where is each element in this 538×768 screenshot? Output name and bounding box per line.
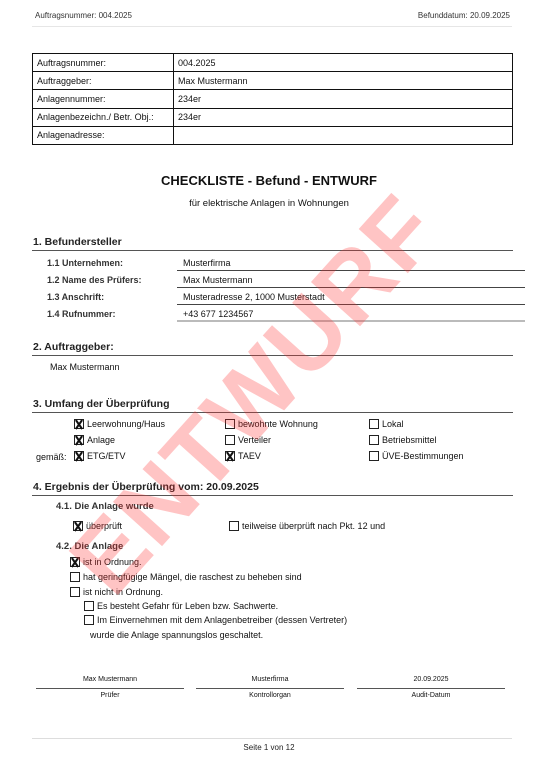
signature-role: Prüfer [36, 692, 184, 699]
footer-divider [32, 738, 512, 739]
info-value [174, 126, 513, 144]
checkbox-empty-icon[interactable] [70, 572, 80, 582]
checkbox-checked-icon[interactable] [74, 419, 84, 429]
checkbox-label: ist nicht in Ordnung. [83, 587, 163, 597]
signature-line [357, 688, 505, 689]
checkbox-empty-icon[interactable] [229, 521, 239, 531]
signature-role: Kontrollorgan [196, 692, 344, 699]
field-label: 1.4 Rufnummer: [47, 309, 116, 319]
signature-name: Musterfirma [196, 676, 344, 687]
checkbox-label: Betriebsmittel [382, 435, 437, 445]
page-number: Seite 1 von 12 [0, 743, 538, 752]
checkbox-nicht-in-ordnung[interactable]: ist nicht in Ordnung. [70, 587, 163, 597]
section-heading-umfang: 3. Umfang der Überprüfung [32, 398, 513, 413]
checkbox-label: Verteiler [238, 435, 271, 445]
signature-name: 20.09.2025 [357, 676, 505, 687]
signature-audit-datum: 20.09.2025 Audit-Datum [357, 676, 505, 699]
field-row: 1.2 Name des Prüfers: Max Mustermann [47, 273, 525, 290]
header-order-number: Auftragsnummer: 004.2025 [35, 11, 132, 20]
info-label: Anlagenadresse: [33, 126, 174, 144]
checkbox-empty-icon[interactable] [369, 419, 379, 429]
signature-pruefer: Max Mustermann Prüfer [36, 676, 184, 699]
field-value: +43 677 1234567 [177, 307, 525, 322]
checkbox-label: hat geringfügige Mängel, die raschest zu… [83, 572, 302, 582]
document-page: Auftragsnummer: 004.2025 Befunddatum: 20… [0, 0, 538, 768]
field-value: Musteradresse 2, 1000 Musterstadt [177, 290, 525, 305]
checkbox-in-ordnung[interactable]: ist in Ordnung. [70, 557, 142, 567]
field-label: 1.3 Anschrift: [47, 292, 104, 302]
gemaess-label: gemäß: [36, 452, 67, 462]
info-value: Max Mustermann [174, 72, 513, 90]
field-row: 1.1 Unternehmen: Musterfirma [47, 256, 525, 273]
subsection-heading-anlage-wurde: 4.1. Die Anlage wurde [56, 501, 154, 512]
table-row: Anlagenadresse: [33, 126, 513, 144]
checkbox-label: Im Einvernehmen mit dem Anlagenbetreiber… [97, 615, 347, 625]
subsection-heading-die-anlage: 4.2. Die Anlage [56, 541, 123, 552]
checkbox-geringfuegige-maengel[interactable]: hat geringfügige Mängel, die raschest zu… [70, 572, 302, 582]
table-row: Auftraggeber: Max Mustermann [33, 72, 513, 90]
einvernehmen-continuation: wurde die Anlage spannungslos geschaltet… [90, 630, 263, 640]
checkbox-empty-icon[interactable] [369, 451, 379, 461]
checkbox-checked-icon[interactable] [225, 451, 235, 461]
section-heading-auftraggeber: 2. Auftraggeber: [32, 341, 513, 356]
field-label: 1.2 Name des Prüfers: [47, 275, 142, 285]
checkbox-empty-icon[interactable] [225, 435, 235, 445]
table-row: Anlagennummer: 234er [33, 90, 513, 108]
checkbox-label: Es besteht Gefahr für Leben bzw. Sachwer… [97, 601, 278, 611]
field-label: 1.1 Unternehmen: [47, 258, 123, 268]
table-row: Anlagenbezeichn./ Betr. Obj.: 234er [33, 108, 513, 126]
checkbox-empty-icon[interactable] [84, 615, 94, 625]
checkbox-teilweise[interactable]: teilweise überprüft nach Pkt. 12 und [229, 521, 385, 531]
info-value: 234er [174, 90, 513, 108]
checkbox-einvernehmen[interactable]: Im Einvernehmen mit dem Anlagenbetreiber… [84, 615, 347, 625]
checkbox-ueberprueft[interactable]: überprüft [73, 521, 122, 531]
document-title: CHECKLISTE - Befund - ENTWURF [0, 173, 538, 188]
field-value: Musterfirma [177, 256, 525, 271]
checkbox-label: TAEV [238, 451, 261, 461]
checkbox-bewohnte-wohnung[interactable]: bewohnte Wohnung [225, 419, 318, 429]
info-table: Auftragsnummer: 004.2025 Auftraggeber: M… [32, 53, 513, 145]
checkbox-lokal[interactable]: Lokal [369, 419, 404, 429]
section-heading-befundersteller: 1. Befundersteller [32, 236, 513, 251]
header-divider [32, 26, 512, 27]
info-label: Anlagenbezeichn./ Betr. Obj.: [33, 108, 174, 126]
checkbox-empty-icon[interactable] [369, 435, 379, 445]
checkbox-taev[interactable]: TAEV [225, 451, 261, 461]
checkbox-label: überprüft [86, 521, 122, 531]
field-row: 1.4 Rufnummer: +43 677 1234567 [47, 307, 525, 324]
signature-line [196, 688, 344, 689]
signature-kontrollorgan: Musterfirma Kontrollorgan [196, 676, 344, 699]
checkbox-label: ist in Ordnung. [83, 557, 142, 567]
info-label: Auftraggeber: [33, 72, 174, 90]
checkbox-checked-icon[interactable] [70, 557, 80, 567]
checkbox-label: bewohnte Wohnung [238, 419, 318, 429]
checkbox-label: ETG/ETV [87, 451, 126, 461]
checkbox-gefahr[interactable]: Es besteht Gefahr für Leben bzw. Sachwer… [84, 601, 278, 611]
info-label: Anlagennummer: [33, 90, 174, 108]
checkbox-empty-icon[interactable] [225, 419, 235, 429]
checkbox-betriebsmittel[interactable]: Betriebsmittel [369, 435, 437, 445]
signature-role: Audit-Datum [357, 692, 505, 699]
field-row: 1.3 Anschrift: Musteradresse 2, 1000 Mus… [47, 290, 525, 307]
checkbox-label: Leerwohnung/Haus [87, 419, 165, 429]
checkbox-label: ÜVE-Bestimmungen [382, 451, 464, 461]
checkbox-leerwohnung[interactable]: Leerwohnung/Haus [74, 419, 165, 429]
checkbox-empty-icon[interactable] [84, 601, 94, 611]
checkbox-anlage[interactable]: Anlage [74, 435, 115, 445]
checkbox-label: Anlage [87, 435, 115, 445]
checkbox-etg-etv[interactable]: ETG/ETV [74, 451, 126, 461]
checkbox-verteiler[interactable]: Verteiler [225, 435, 271, 445]
info-label: Auftragsnummer: [33, 54, 174, 72]
client-name: Max Mustermann [50, 362, 120, 372]
document-subtitle: für elektrische Anlagen in Wohnungen [0, 198, 538, 209]
signature-line [36, 688, 184, 689]
checkbox-uve[interactable]: ÜVE-Bestimmungen [369, 451, 464, 461]
checkbox-checked-icon[interactable] [74, 435, 84, 445]
signature-name: Max Mustermann [36, 676, 184, 687]
checkbox-empty-icon[interactable] [70, 587, 80, 597]
header-report-date: Befunddatum: 20.09.2025 [418, 11, 510, 20]
checkbox-checked-icon[interactable] [74, 451, 84, 461]
info-value: 234er [174, 108, 513, 126]
checkbox-label: teilweise überprüft nach Pkt. 12 und [242, 521, 385, 531]
section-heading-ergebnis: 4. Ergebnis der Überprüfung vom: 20.09.2… [32, 481, 513, 496]
checkbox-checked-icon[interactable] [73, 521, 83, 531]
field-value: Max Mustermann [177, 273, 525, 288]
table-row: Auftragsnummer: 004.2025 [33, 54, 513, 72]
checkbox-label: Lokal [382, 419, 404, 429]
info-value: 004.2025 [174, 54, 513, 72]
